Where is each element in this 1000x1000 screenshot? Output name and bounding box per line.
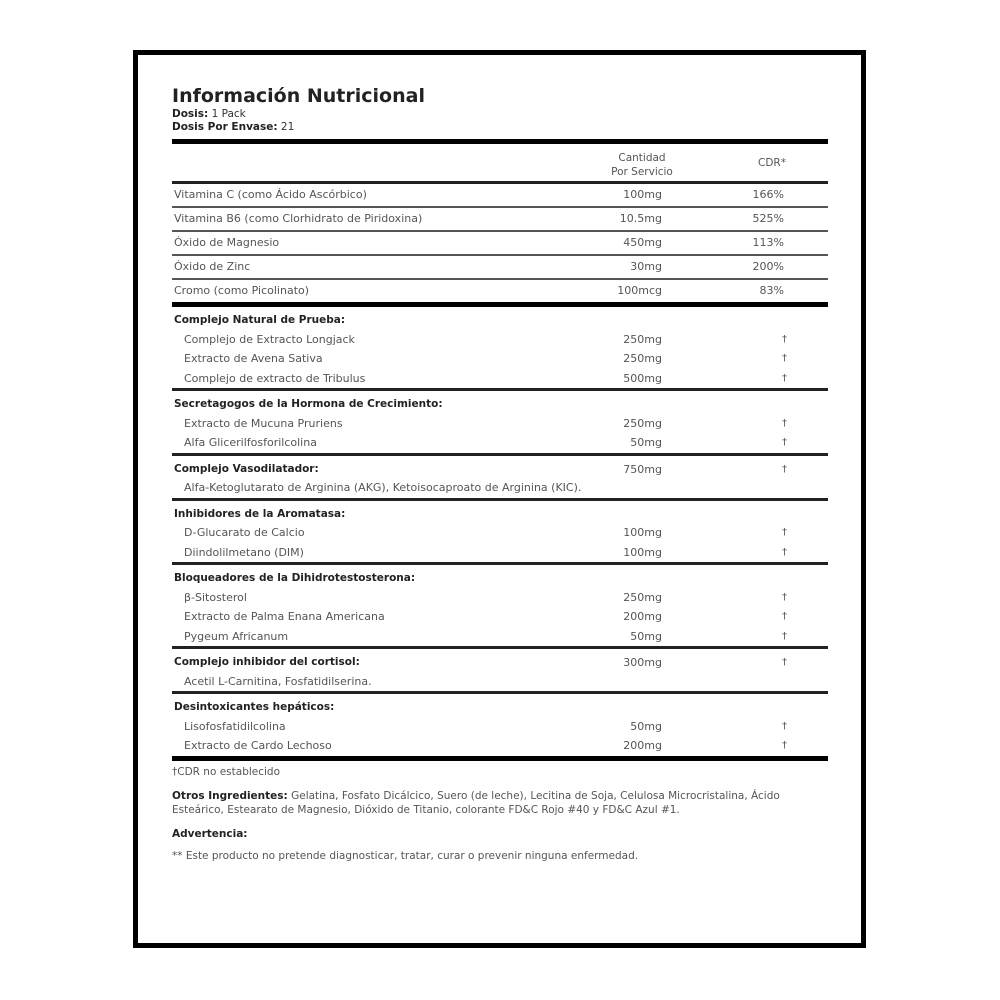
nutrient-dv: 166% <box>753 184 784 206</box>
ingredient-dv: † <box>782 414 787 434</box>
ingredient-name: Acetil L-Carnitina, Fosfatidilserina. <box>184 672 372 692</box>
ingredient-dv: † <box>782 627 787 647</box>
ingredient-row: Alfa Glicerilfosforilcolina50mg† <box>172 433 828 453</box>
ingredient-row: Diindolilmetano (DIM)100mg† <box>172 543 828 563</box>
ingredient-amount: 100mg <box>623 543 662 563</box>
ingredient-row: Pygeum Africanum50mg† <box>172 627 828 647</box>
nutrient-row: Óxido de Magnesio450mg113% <box>172 232 828 254</box>
serving-size-value: 1 Pack <box>212 108 246 120</box>
label-title: Información Nutricional <box>172 84 828 108</box>
ingredient-name: Extracto de Mucuna Pruriens <box>184 414 343 434</box>
dv-column-header: CDR* <box>717 157 827 169</box>
ingredient-amount: 100mg <box>623 523 662 543</box>
servings-per-container-label: Dosis Por Envase: <box>172 121 278 133</box>
ingredient-amount: 500mg <box>623 369 662 389</box>
nutrient-row: Vitamina B6 (como Clorhidrato de Piridox… <box>172 208 828 230</box>
ingredient-amount: 250mg <box>623 330 662 350</box>
blend-title-text: Complejo Natural de Prueba: <box>174 314 345 326</box>
ingredient-amount: 200mg <box>623 736 662 756</box>
ingredient-name: Alfa-Ketoglutarato de Arginina (AKG), Ke… <box>184 478 581 498</box>
amount-header-line1: Cantidad <box>562 151 722 165</box>
nutrient-name: Vitamina B6 (como Clorhidrato de Piridox… <box>174 208 422 230</box>
blend-title-text: Complejo inhibidor del cortisol: <box>174 656 360 668</box>
ingredient-amount: 50mg <box>630 433 662 453</box>
blend-amount: 750mg <box>623 459 662 480</box>
ingredient-row: Lisofosfatidilcolina50mg† <box>172 717 828 737</box>
ingredient-row: Complejo de Extracto Longjack250mg† <box>172 330 828 350</box>
blends-section: Complejo Natural de Prueba:Complejo de E… <box>172 307 828 756</box>
serving-size-label: Dosis: <box>172 108 208 120</box>
nutrient-name: Vitamina C (como Ácido Ascórbico) <box>174 184 367 206</box>
nutrient-amount: 30mg <box>630 256 662 278</box>
nutrient-name: Óxido de Zinc <box>174 256 250 278</box>
blend-title: Desintoxicantes hepáticos: <box>172 697 828 717</box>
ingredient-dv: † <box>782 349 787 369</box>
nutrient-row: Óxido de Zinc30mg200% <box>172 256 828 278</box>
divider-thick <box>172 756 828 761</box>
blend-amount: 300mg <box>623 652 662 673</box>
ingredient-dv: † <box>782 588 787 608</box>
blend-title: Complejo Natural de Prueba: <box>172 310 828 330</box>
ingredient-dv: † <box>782 607 787 627</box>
ingredient-amount: 50mg <box>630 627 662 647</box>
ingredient-dv: † <box>782 736 787 756</box>
ingredient-amount: 200mg <box>623 607 662 627</box>
ingredient-amount: 250mg <box>623 349 662 369</box>
ingredient-dv: † <box>782 717 787 737</box>
ingredient-name: Extracto de Avena Sativa <box>184 349 323 369</box>
serving-size: Dosis: 1 Pack <box>172 108 828 121</box>
ingredient-name: Complejo de Extracto Longjack <box>184 330 355 350</box>
ingredient-row: Extracto de Cardo Lechoso200mg† <box>172 736 828 756</box>
nutrient-amount: 100mg <box>623 184 662 206</box>
warning-text: ** Este producto no pretende diagnostica… <box>172 849 828 863</box>
blend-title: Bloqueadores de la Dihidrotestosterona: <box>172 568 828 588</box>
ingredient-row: Acetil L-Carnitina, Fosfatidilserina. <box>172 672 828 692</box>
ingredient-row: β-Sitosterol250mg† <box>172 588 828 608</box>
ingredient-amount: 250mg <box>623 414 662 434</box>
ingredient-dv: † <box>782 543 787 563</box>
nutrient-amount: 100mcg <box>617 280 662 302</box>
blend-title-text: Bloqueadores de la Dihidrotestosterona: <box>174 572 415 584</box>
nutrient-name: Cromo (como Picolinato) <box>174 280 309 302</box>
ingredient-row: Extracto de Palma Enana Americana200mg† <box>172 607 828 627</box>
blend-title-text: Inhibidores de la Aromatasa: <box>174 508 345 520</box>
nutrient-dv: 83% <box>760 280 784 302</box>
blend-title-text: Desintoxicantes hepáticos: <box>174 701 334 713</box>
ingredient-row: Complejo de extracto de Tribulus500mg† <box>172 369 828 389</box>
other-ingredients-label: Otros Ingredientes: <box>172 790 288 802</box>
blend-dv: † <box>782 652 787 673</box>
amount-column-header: Cantidad Por Servicio <box>562 151 722 179</box>
ingredient-name: β-Sitosterol <box>184 588 247 608</box>
ingredient-row: D-Glucarato de Calcio100mg† <box>172 523 828 543</box>
blend-title: Secretagogos de la Hormona de Crecimient… <box>172 394 828 414</box>
ingredient-name: Complejo de extracto de Tribulus <box>184 369 365 389</box>
ingredient-name: D-Glucarato de Calcio <box>184 523 305 543</box>
ingredient-row: Alfa-Ketoglutarato de Arginina (AKG), Ke… <box>172 478 828 498</box>
ingredient-amount: 250mg <box>623 588 662 608</box>
warning-label: Advertencia: <box>172 827 828 841</box>
servings-per-container-value: 21 <box>281 121 294 133</box>
other-ingredients: Otros Ingredientes: Gelatina, Fosfato Di… <box>172 789 828 817</box>
nutrient-name: Óxido de Magnesio <box>174 232 279 254</box>
warning-heading: Advertencia: <box>172 828 248 840</box>
ingredient-row: Extracto de Mucuna Pruriens250mg† <box>172 414 828 434</box>
ingredient-name: Alfa Glicerilfosforilcolina <box>184 433 317 453</box>
nutrient-dv: 200% <box>753 256 784 278</box>
nutrient-dv: 113% <box>753 232 784 254</box>
nutrient-row: Vitamina C (como Ácido Ascórbico)100mg16… <box>172 184 828 206</box>
blend-title-text: Complejo Vasodilatador: <box>174 463 319 475</box>
nutrient-row: Cromo (como Picolinato)100mcg83% <box>172 280 828 302</box>
ingredient-amount: 50mg <box>630 717 662 737</box>
blend-title: Inhibidores de la Aromatasa: <box>172 504 828 524</box>
blend-dv: † <box>782 459 787 480</box>
nutrition-label: Información Nutricional Dosis: 1 Pack Do… <box>172 84 828 863</box>
ingredient-name: Extracto de Cardo Lechoso <box>184 736 332 756</box>
ingredient-name: Pygeum Africanum <box>184 627 288 647</box>
nutrient-amount: 10.5mg <box>620 208 662 230</box>
ingredient-name: Lisofosfatidilcolina <box>184 717 286 737</box>
ingredient-dv: † <box>782 433 787 453</box>
servings-per-container: Dosis Por Envase: 21 <box>172 121 828 134</box>
ingredient-dv: † <box>782 523 787 543</box>
ingredient-dv: † <box>782 369 787 389</box>
nutrient-dv: 525% <box>753 208 784 230</box>
nutrient-amount: 450mg <box>623 232 662 254</box>
column-header: Cantidad Por Servicio CDR* <box>172 144 828 181</box>
ingredient-name: Diindolilmetano (DIM) <box>184 543 304 563</box>
vitamins-section: Vitamina C (como Ácido Ascórbico)100mg16… <box>172 184 828 302</box>
blend-title: Complejo inhibidor del cortisol:300mg† <box>172 652 828 672</box>
ingredient-row: Extracto de Avena Sativa250mg† <box>172 349 828 369</box>
footnote: †CDR no establecido <box>172 765 828 779</box>
blend-title-text: Secretagogos de la Hormona de Crecimient… <box>174 398 443 410</box>
amount-header-line2: Por Servicio <box>562 165 722 179</box>
ingredient-dv: † <box>782 330 787 350</box>
ingredient-name: Extracto de Palma Enana Americana <box>184 607 385 627</box>
blend-title: Complejo Vasodilatador:750mg† <box>172 459 828 479</box>
